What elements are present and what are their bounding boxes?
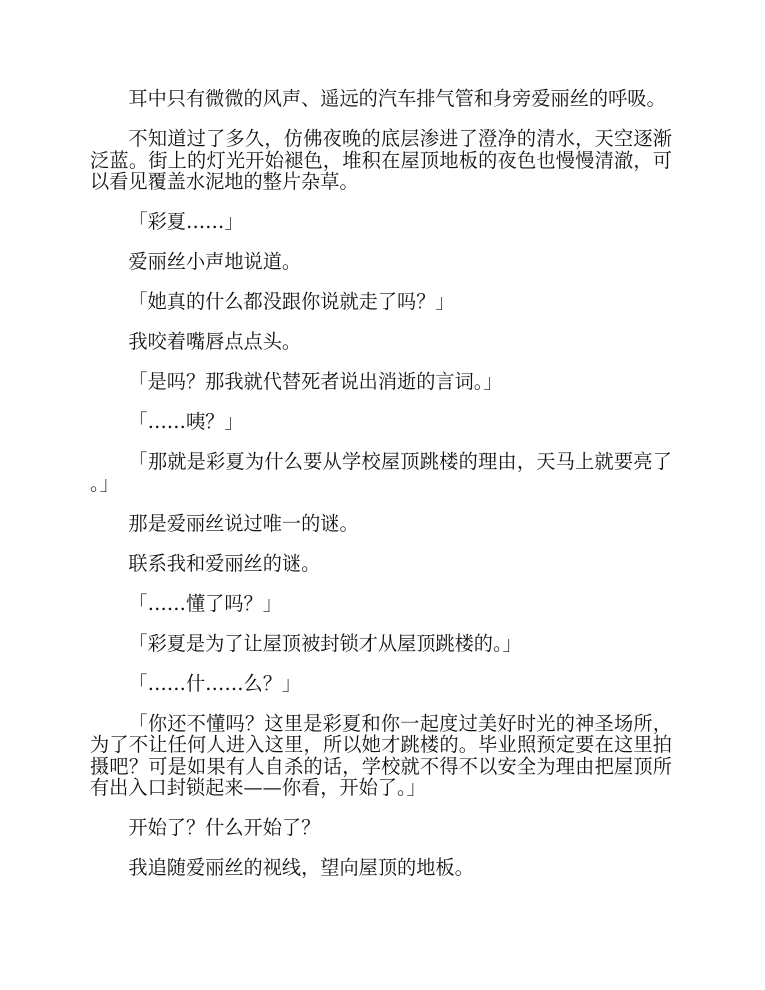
paragraph-14: 「……什……么？」 (90, 673, 672, 695)
paragraph-15: 「你还不懂吗？这里是彩夏和你一起度过美好时光的神圣场所，为了不让任何人进入这里，… (90, 713, 672, 799)
paragraph-17: 我追随爱丽丝的视线，望向屋顶的地板。 (90, 857, 672, 879)
paragraph-2: 不知道过了多久，仿佛夜晚的底层渗进了澄净的清水，天空逐渐泛蓝。街上的灯光开始褪色… (90, 128, 672, 193)
paragraph-7: 「是吗？那我就代替死者说出消逝的言词。」 (90, 371, 672, 393)
paragraph-3: 「彩夏……」 (90, 211, 672, 233)
paragraph-6: 我咬着嘴唇点点头。 (90, 331, 672, 353)
paragraph-13: 「彩夏是为了让屋顶被封锁才从屋顶跳楼的。」 (90, 633, 672, 655)
paragraph-4: 爱丽丝小声地说道。 (90, 251, 672, 273)
paragraph-16: 开始了？什么开始了？ (90, 817, 672, 839)
document-page: 耳中只有微微的风声、遥远的汽车排气管和身旁爱丽丝的呼吸。 不知道过了多久，仿佛夜… (90, 88, 672, 897)
paragraph-12: 「……懂了吗？」 (90, 593, 672, 615)
paragraph-5: 「她真的什么都没跟你说就走了吗？」 (90, 291, 672, 313)
paragraph-8: 「……咦？」 (90, 411, 672, 433)
paragraph-1: 耳中只有微微的风声、遥远的汽车排气管和身旁爱丽丝的呼吸。 (90, 88, 672, 110)
paragraph-11: 联系我和爱丽丝的谜。 (90, 553, 672, 575)
paragraph-10: 那是爱丽丝说过唯一的谜。 (90, 513, 672, 535)
paragraph-9: 「那就是彩夏为什么要从学校屋顶跳楼的理由，天马上就要亮了。」 (90, 451, 672, 494)
